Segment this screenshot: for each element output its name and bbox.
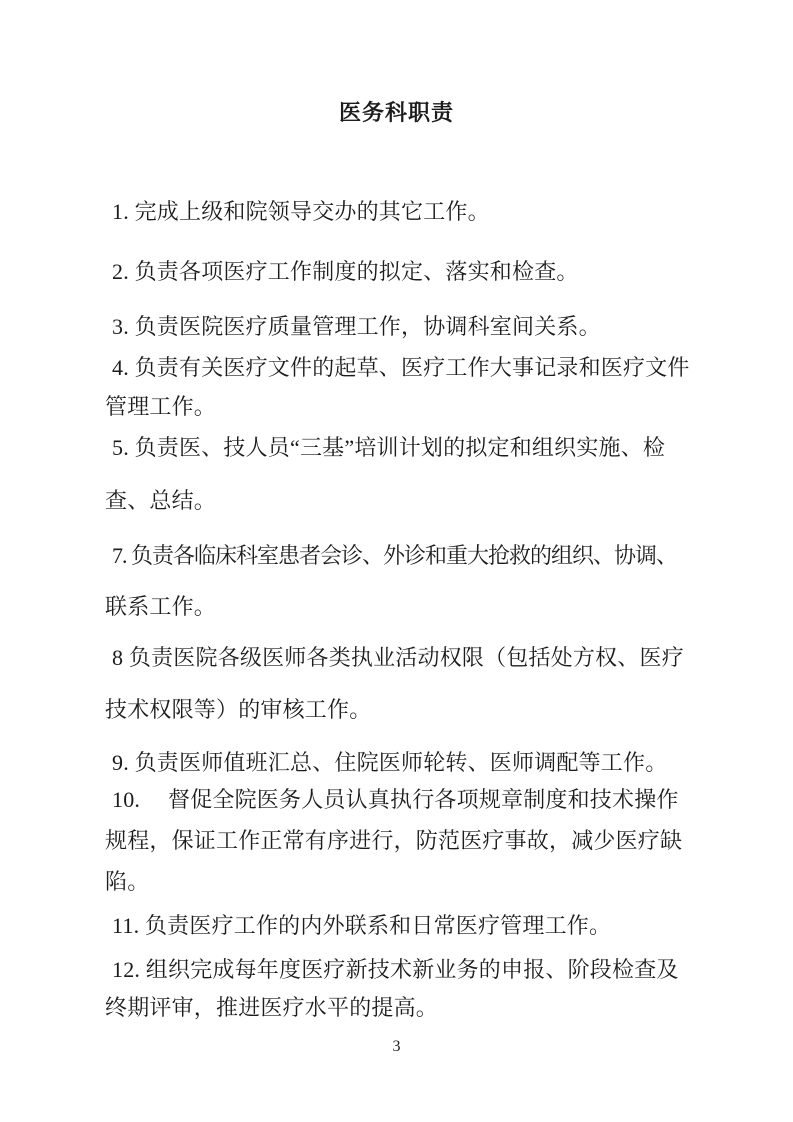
body-line: 7. 负责各临床科室患者会诊、外诊和重大抢救的组织、协调、: [112, 543, 677, 568]
body-line: 联系工作。: [105, 594, 216, 619]
body-line: 技术权限等）的审核工作。: [105, 697, 371, 722]
body-line: 4. 负责有关医疗文件的起草、医疗工作大事记录和医疗文件: [112, 355, 690, 380]
body-line: 10. 督促全院医务人员认真执行各项规章制度和技术操作: [112, 787, 679, 812]
body-line: 12. 组织完成每年度医疗新技术新业务的申报、阶段检查及: [112, 957, 679, 982]
page-number: 3: [0, 1038, 793, 1056]
body-line: 查、总结。: [105, 488, 216, 513]
body-line: 终期评审，推进医疗水平的提高。: [105, 995, 438, 1020]
body-line: 规程，保证工作正常有序进行，防范医疗事故，减少医疗缺: [105, 828, 682, 853]
body-line: 8 负责医院各级医师各类执业活动权限（包括处方权、医疗: [112, 645, 684, 670]
document-page: 医务科职责 1. 完成上级和院领导交办的其它工作。 2. 负责各项医疗工作制度的…: [0, 0, 793, 1122]
body-line: 2. 负责各项医疗工作制度的拟定、落实和检查。: [112, 259, 579, 284]
document-title: 医务科职责: [0, 100, 793, 126]
body-line: 5. 负责医、技人员“三基”培训计划的拟定和组织实施、检: [112, 435, 665, 460]
body-line: 3. 负责医院医疗质量管理工作，协调科室间关系。: [112, 314, 601, 339]
body-line: 9. 负责医师值班汇总、住院医师轮转、医师调配等工作。: [112, 750, 667, 775]
body-line: 陷。: [105, 869, 149, 894]
body-line: 11. 负责医疗工作的内外联系和日常医疗管理工作。: [112, 913, 611, 938]
body-line: 1. 完成上级和院领导交办的其它工作。: [112, 199, 490, 224]
body-line: 管理工作。: [105, 394, 216, 419]
